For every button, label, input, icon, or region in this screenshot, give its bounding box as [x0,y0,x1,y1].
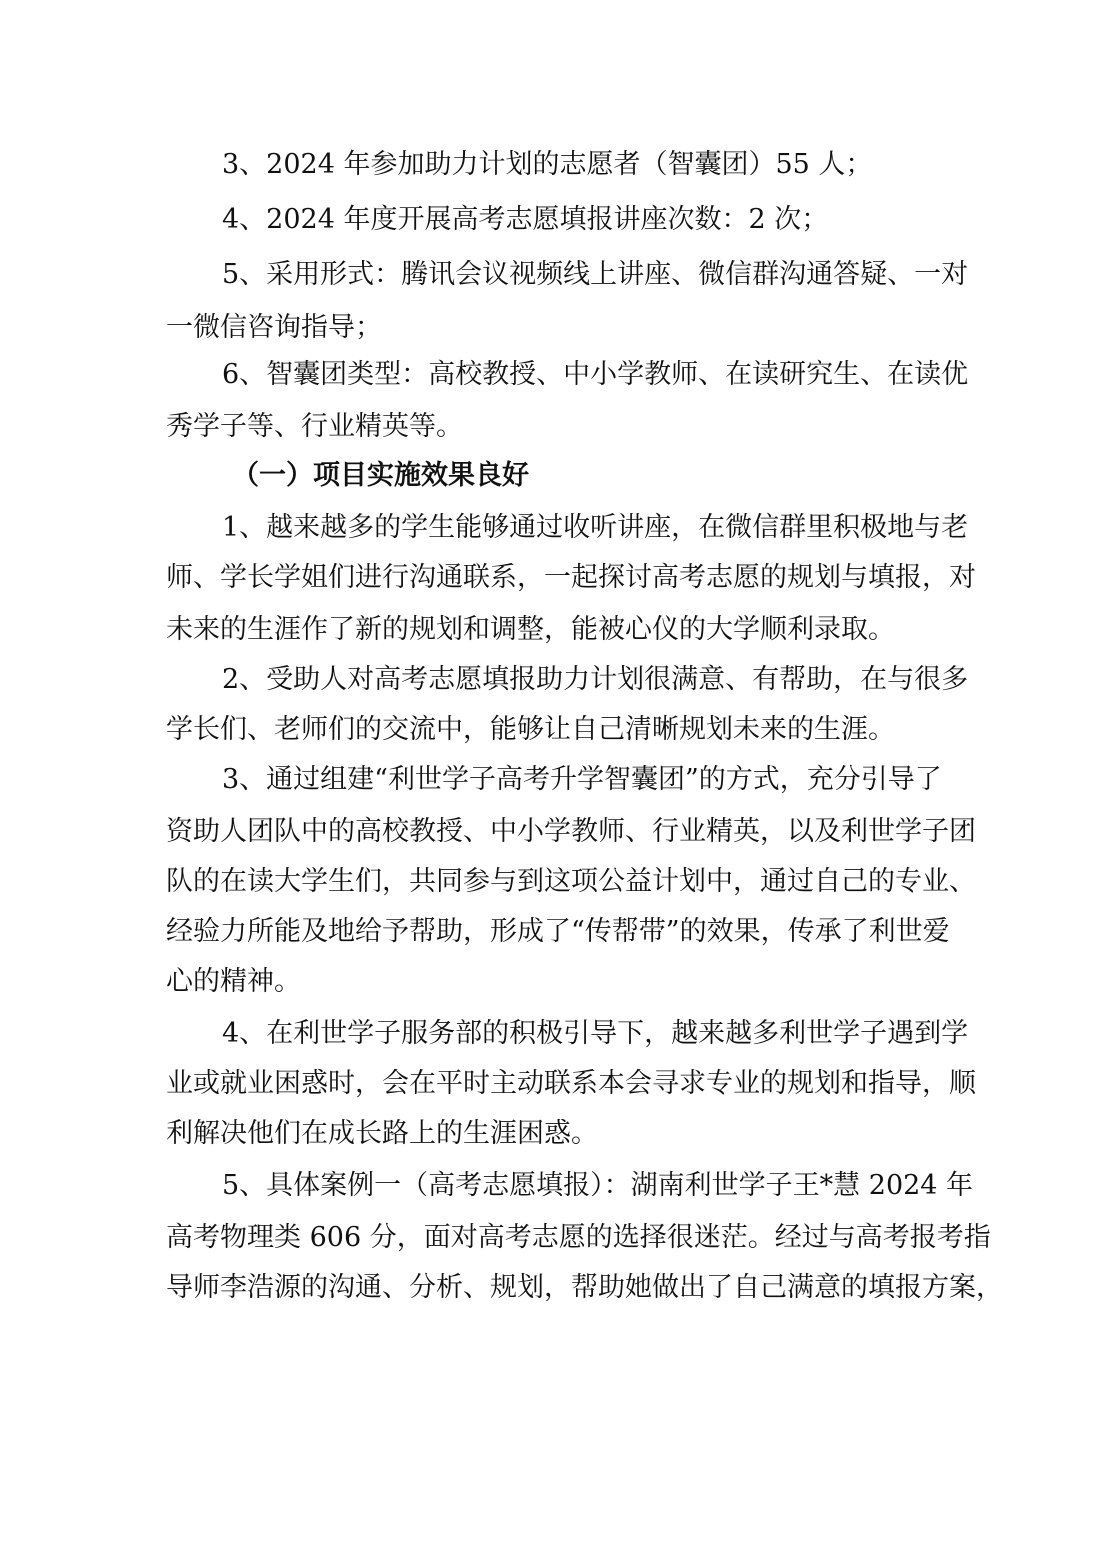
effect-5-line-1: 5、具体案例一（高考志愿填报）：湖南利世学子王*慧 2024 年 [222,1166,936,1206]
effect-5-line-3: 导师李浩源的沟通、分析、规划，帮助她做出了自己满意的填报方案， [166,1268,936,1308]
effect-4-line-3: 利解决他们在成长路上的生涯困惑。 [166,1114,598,1154]
effect-3-line-4: 经验力所能及地给予帮助，形成了“传帮带”的效果，传承了利世爱 [166,912,936,952]
effect-4-line-1: 4、在利世学子服务部的积极引导下，越来越多利世学子遇到学 [222,1014,936,1054]
effect-3-line-1: 3、通过组建“利世学子高考升学智囊团”的方式，充分引导了 [222,760,936,800]
effect-1-line-1: 1、越来越多的学生能够通过收听讲座，在微信群里积极地与老 [222,508,936,548]
document-page: 3、2024 年参加助力计划的志愿者（智囊团）55 人； 4、2024 年度开展… [0,0,1102,1559]
effect-2-line-2: 学长们、老师们的交流中，能够让自己清晰规划未来的生涯。 [166,710,895,750]
list-item-4: 4、2024 年度开展高考志愿填报讲座次数：2 次； [222,200,828,240]
list-item-6: 6、智囊团类型：高校教授、中小学教师、在读研究生、在读优 [222,355,936,395]
effect-1-line-2: 师、学长学姐们进行沟通联系，一起探讨高考志愿的规划与填报，对 [166,558,936,598]
effect-3-line-2: 资助人团队中的高校教授、中小学教师、行业精英，以及利世学子团 [166,812,936,852]
effect-3-line-5: 心的精神。 [166,962,301,1002]
effect-3-line-3: 队的在读大学生们，共同参与到这项公益计划中，通过自己的专业、 [166,862,936,902]
list-item-5-cont: 一微信咨询指导； [166,308,382,348]
effect-4-line-2: 业或就业困惑时，会在平时主动联系本会寻求专业的规划和指导，顺 [166,1064,936,1104]
list-item-6-cont: 秀学子等、行业精英等。 [166,407,463,447]
effect-5-line-2: 高考物理类 606 分，面对高考志愿的选择很迷茫。经过与高考报考指 [166,1218,936,1258]
section-heading: （一）项目实施效果良好 [232,456,529,496]
list-item-3: 3、2024 年参加助力计划的志愿者（智囊团）55 人； [222,145,872,185]
effect-2-line-1: 2、受助人对高考志愿填报助力计划很满意、有帮助，在与很多 [222,660,936,700]
effect-1-line-3: 未来的生涯作了新的规划和调整，能被心仪的大学顺利录取。 [166,610,895,650]
list-item-5: 5、采用形式：腾讯会议视频线上讲座、微信群沟通答疑、一对 [222,255,936,295]
